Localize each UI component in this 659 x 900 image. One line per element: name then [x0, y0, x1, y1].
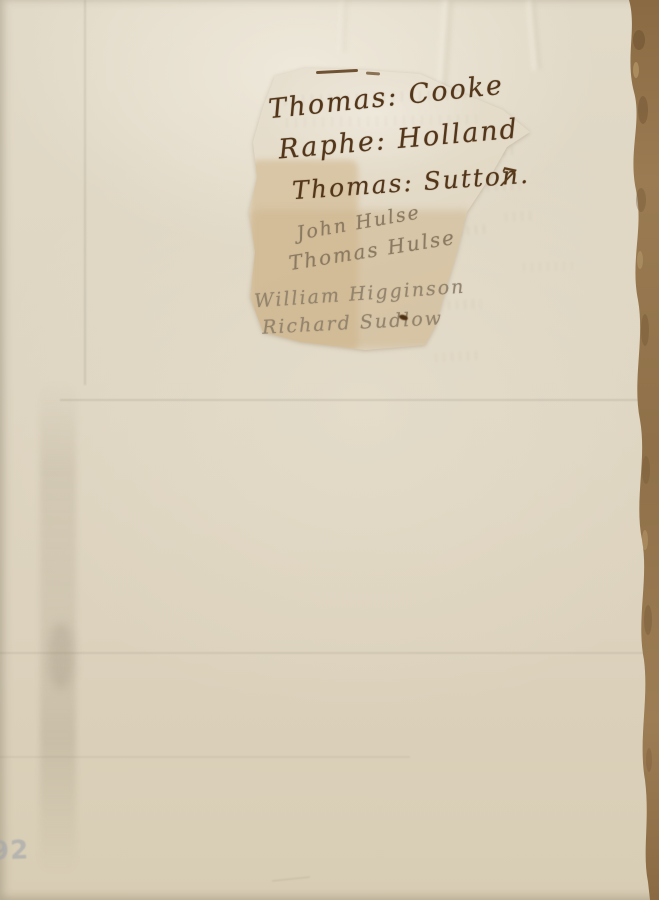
- scratch-mark: [272, 876, 310, 882]
- folio-number-stamp: 92: [0, 835, 30, 866]
- book-fore-edge: [619, 0, 659, 900]
- vertical-crease: [84, 0, 86, 385]
- horizontal-crease: [0, 652, 652, 654]
- paper-wrinkle: [337, 0, 349, 52]
- manuscript-page: Thomas: Cooke Raphe: Holland Thomas: Sut…: [0, 0, 659, 900]
- horizontal-crease: [60, 399, 645, 401]
- stain-smudge: [48, 622, 74, 690]
